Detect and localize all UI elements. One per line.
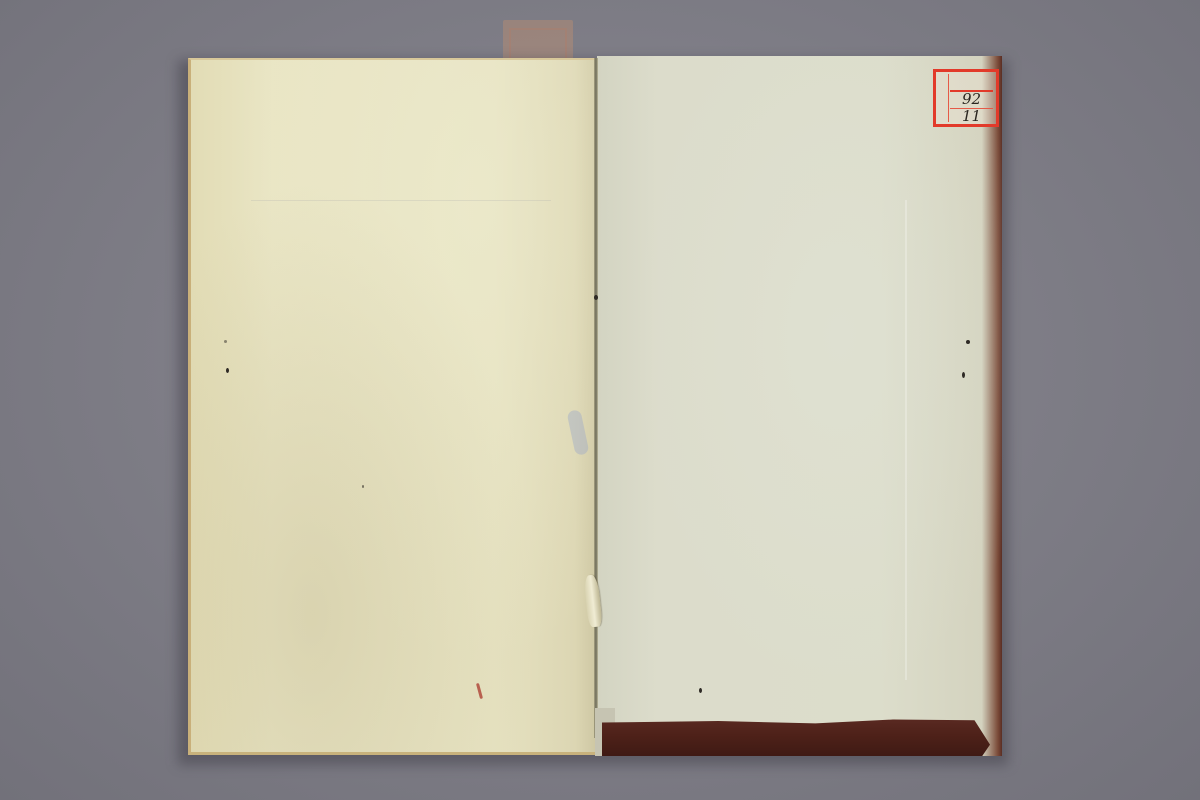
faint-ruled-line [251, 200, 551, 201]
ink-speck [224, 340, 227, 343]
right-page [597, 56, 1002, 756]
stain-mark [566, 409, 589, 456]
stamp-header [950, 72, 993, 92]
ink-speck [362, 485, 364, 488]
ink-speck [594, 295, 598, 300]
library-stamp: 92 11 [933, 69, 999, 127]
leather-binding-strip [602, 718, 990, 756]
stamp-number-2: 11 [950, 107, 993, 125]
page-crease [905, 200, 907, 680]
book-spine-gutter [594, 58, 598, 738]
left-page [188, 58, 595, 755]
ink-speck [226, 368, 229, 373]
ink-speck [966, 340, 970, 344]
ink-speck [699, 688, 702, 693]
ink-speck [962, 372, 965, 378]
stamp-side-column [937, 74, 949, 122]
